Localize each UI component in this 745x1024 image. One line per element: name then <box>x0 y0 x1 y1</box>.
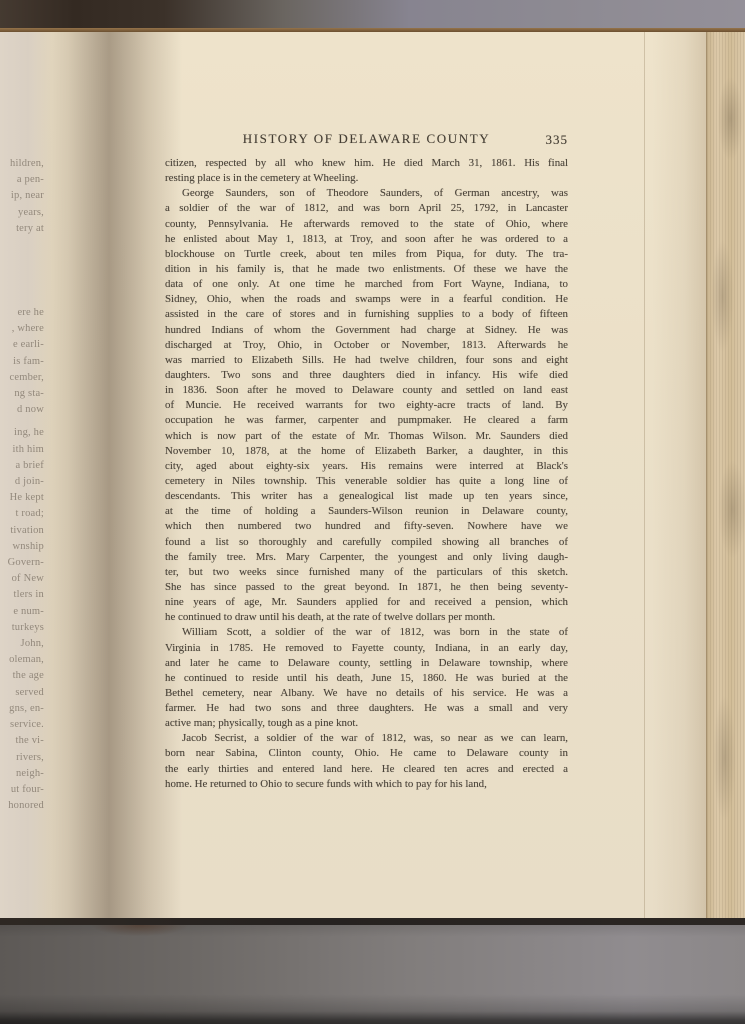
body-text-line: at the time of holding a Saunders-Wilson… <box>165 504 568 519</box>
body-text-line: George Saunders, son of Theodore Saunder… <box>165 186 568 201</box>
body-text-line: Sidney, Ohio, when the roads and swamps … <box>165 292 568 307</box>
body-text-line: in 1836. Soon after he moved to Delaware… <box>165 383 568 398</box>
scanner-bed <box>0 925 745 1024</box>
book-fore-edge <box>706 30 745 918</box>
body-text-line: assisted in the care of stores and in fu… <box>165 307 568 322</box>
page-bottom-edge <box>0 918 745 925</box>
body-text-line: he continued to draw until his death, at… <box>165 610 568 625</box>
body-text-line: blockhouse on Turtle creek, about ten mi… <box>165 247 568 262</box>
body-text-line: home. He returned to Ohio to secure fund… <box>165 777 568 792</box>
page-content: HISTORY OF DELAWARE COUNTY 335 citizen, … <box>165 131 568 156</box>
body-text-line: which is now part of the estate of Mr. T… <box>165 429 568 444</box>
body-text-line: hundred Indians of whom the Government h… <box>165 323 568 338</box>
page-top-edge <box>0 28 745 32</box>
body-text-line: born near Sabina, Clinton county, Ohio. … <box>165 746 568 761</box>
body-text-line: Virginia in 1785. He removed to Fayette … <box>165 641 568 656</box>
body-text-line: Jacob Secrist, a soldier of the war of 1… <box>165 731 568 746</box>
body-text-line: Bethel cemetery, near Albany. We have no… <box>165 686 568 701</box>
body-text-line: the early thirties and entered land here… <box>165 762 568 777</box>
body-text-line: November 10, 1878, at the home of Elizab… <box>165 444 568 459</box>
body-text-line: and later he came to Delaware county, se… <box>165 656 568 671</box>
body-text-line: She has since passed to the great beyond… <box>165 580 568 595</box>
page-number: 335 <box>546 132 569 148</box>
body-text-line: descendants. This writer has a genealogi… <box>165 489 568 504</box>
body-text-line: active man; physically, tough as a pine … <box>165 716 568 731</box>
body-text-line: daughters. Two sons and three daughters … <box>165 368 568 383</box>
body-text-line: farmer. He had two sons and three daught… <box>165 701 568 716</box>
body-text-line: he enlisted about May 1, 1813, at Troy, … <box>165 232 568 247</box>
body-text-line: which then numbered two hundred and fift… <box>165 519 568 534</box>
body-text: citizen, respected by all who knew him. … <box>165 156 568 792</box>
body-text-line: dition in his family is, that he made tw… <box>165 262 568 277</box>
running-head-title: HISTORY OF DELAWARE COUNTY <box>165 131 568 147</box>
body-text-line: resting place is in the cemetery at Whee… <box>165 171 568 186</box>
page-right-curve-shadow <box>652 32 706 918</box>
top-spine-shadow-band <box>0 0 745 28</box>
body-text-line: cemetery in Niles township. This venerab… <box>165 474 568 489</box>
book-scan-photo: hildren,a pen-ip, nearyears,tery atere h… <box>0 0 745 1024</box>
body-text-line: the family tree. Mrs. Mary Carpenter, th… <box>165 550 568 565</box>
body-text-line: was married to Elizabeth Sills. He had t… <box>165 353 568 368</box>
body-text-line: occupation he was farmer, carpenter and … <box>165 413 568 428</box>
body-text-line: ter, but two weeks since furnished many … <box>165 565 568 580</box>
body-text-line: city, aged about eighty-six years. His r… <box>165 459 568 474</box>
body-text-line: data of one only. At one time he marched… <box>165 277 568 292</box>
page-crease-line <box>644 32 645 918</box>
body-text-line: a soldier of the war of 1812, and was bo… <box>165 201 568 216</box>
body-text-line: nine years of age, Mr. Saunders applied … <box>165 595 568 610</box>
body-text-line: William Scott, a soldier of the war of 1… <box>165 625 568 640</box>
body-text-line: of Muncie. He received warrants for two … <box>165 398 568 413</box>
body-text-line: citizen, respected by all who knew him. … <box>165 156 568 171</box>
body-text-line: he continued to reside until his death, … <box>165 671 568 686</box>
page-header: HISTORY OF DELAWARE COUNTY 335 <box>165 131 568 156</box>
body-text-line: found a list so thoroughly and carefully… <box>165 535 568 550</box>
body-text-line: discharged at Troy, Ohio, in October or … <box>165 338 568 353</box>
body-text-line: county, Pennsylvania. He afterwards remo… <box>165 217 568 232</box>
gutter-shadow <box>30 32 182 918</box>
